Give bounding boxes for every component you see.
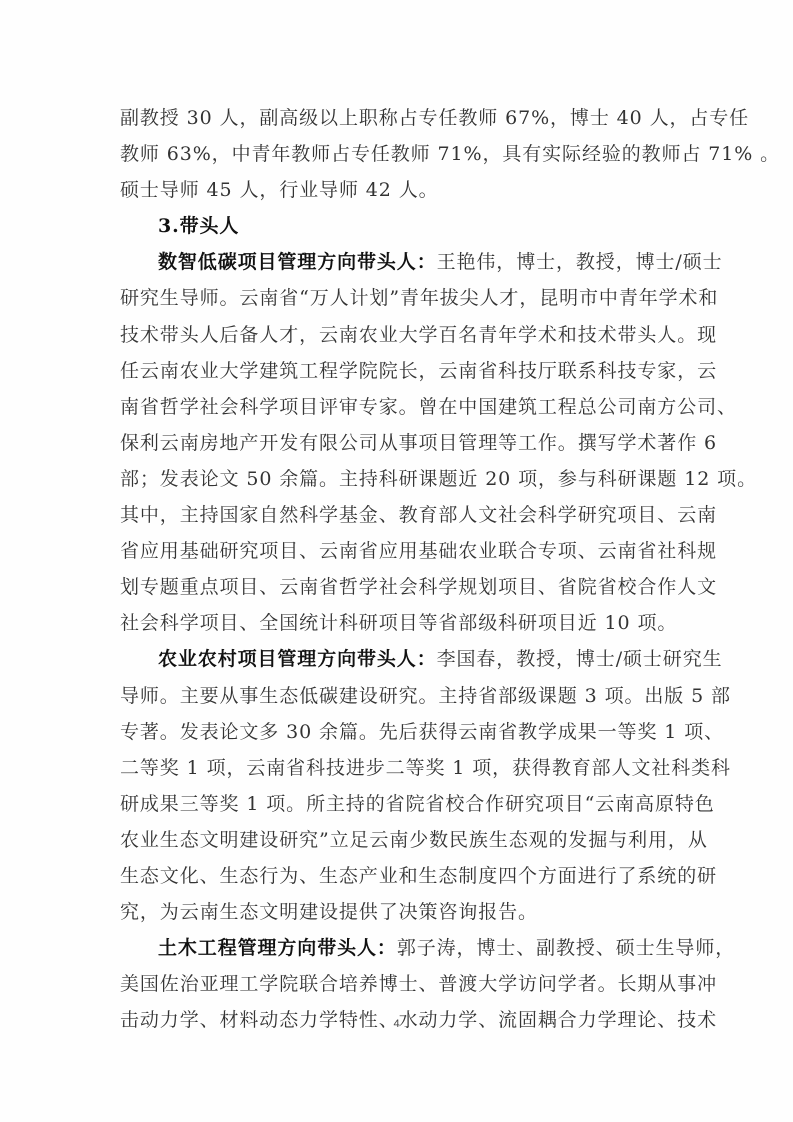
leader-title: 数智低碳项目管理方向带头人：	[158, 251, 437, 273]
text-line: 专著。发表论文多 30 余篇。先后获得云南省教学成果一等奖 1 项、	[120, 714, 680, 750]
text-line: 生态文化、生态行为、生态产业和生态制度四个方面进行了系统的研	[120, 858, 680, 894]
paragraph-lead-line: 土木工程管理方向带头人：郭子涛，博士、副教授、硕士生导师，	[120, 930, 680, 966]
text-line: 其中，主持国家自然科学基金、教育部人文社会科学研究项目、云南	[120, 497, 680, 533]
text-line: 研成果三等奖 1 项。所主持的省院省校合作研究项目“云南高原特色	[120, 786, 680, 822]
text-line: 省应用基础研究项目、云南省应用基础农业联合专项、云南省社科规	[120, 533, 680, 569]
text-line: 二等奖 1 项，云南省科技进步二等奖 1 项，获得教育部人文社科类科	[120, 750, 680, 786]
text-line: 部；发表论文 50 余篇。主持科研课题近 20 项，参与科研课题 12 项。	[120, 461, 680, 497]
text-line: 硕士导师 45 人，行业导师 42 人。	[120, 172, 680, 208]
text-line: 南省哲学社会科学项目评审专家。曾在中国建筑工程总公司南方公司、	[120, 389, 680, 425]
paragraph-lead-line: 数智低碳项目管理方向带头人：王艳伟，博士，教授，博士/硕士	[120, 244, 680, 280]
leader-title: 农业农村项目管理方向带头人：	[158, 648, 437, 670]
section-heading: 3.带头人	[120, 208, 680, 244]
body-text: 副教授 30 人，副高级以上职称占专任教师 67%，博士 40 人，占专任 教师…	[120, 100, 680, 1038]
text-line: 王艳伟，博士，教授，博士/硕士	[437, 251, 723, 273]
text-line: 任云南农业大学建筑工程学院院长，云南省科技厅联系科技专家，云	[120, 353, 680, 389]
text-line: 社会科学项目、全国统计科研项目等省部级科研项目近 10 项。	[120, 605, 680, 641]
page-number: 4	[0, 1018, 793, 1030]
text-line: 保利云南房地产开发有限公司从事项目管理等工作。撰写学术著作 6	[120, 425, 680, 461]
text-line: 技术带头人后备人才，云南农业大学百名青年学术和技术带头人。现	[120, 317, 680, 353]
leader-title: 土木工程管理方向带头人：	[158, 937, 397, 959]
text-line: 副教授 30 人，副高级以上职称占专任教师 67%，博士 40 人，占专任	[120, 100, 680, 136]
text-line: 郭子涛，博士、副教授、硕士生导师，	[397, 937, 735, 959]
text-line: 教师 63%，中青年教师占专任教师 71%，具有实际经验的教师占 71% 。	[120, 136, 680, 172]
text-line: 李国春，教授，博士/硕士研究生	[437, 648, 723, 670]
text-line: 农业生态文明建设研究”立足云南少数民族生态观的发掘与利用，从	[120, 822, 680, 858]
text-line: 导师。主要从事生态低碳建设研究。主持省部级课题 3 项。出版 5 部	[120, 678, 680, 714]
text-line: 研究生导师。云南省“万人计划”青年拔尖人才，昆明市中青年学术和	[120, 280, 680, 316]
document-page: 副教授 30 人，副高级以上职称占专任教师 67%，博士 40 人，占专任 教师…	[0, 0, 793, 1122]
text-line: 美国佐治亚理工学院联合培养博士、普渡大学访问学者。长期从事冲	[120, 966, 680, 1002]
text-line: 划专题重点项目、云南省哲学社会科学规划项目、省院省校合作人文	[120, 569, 680, 605]
paragraph-lead-line: 农业农村项目管理方向带头人：李国春，教授，博士/硕士研究生	[120, 641, 680, 677]
text-line: 究，为云南生态文明建设提供了决策咨询报告。	[120, 894, 680, 930]
